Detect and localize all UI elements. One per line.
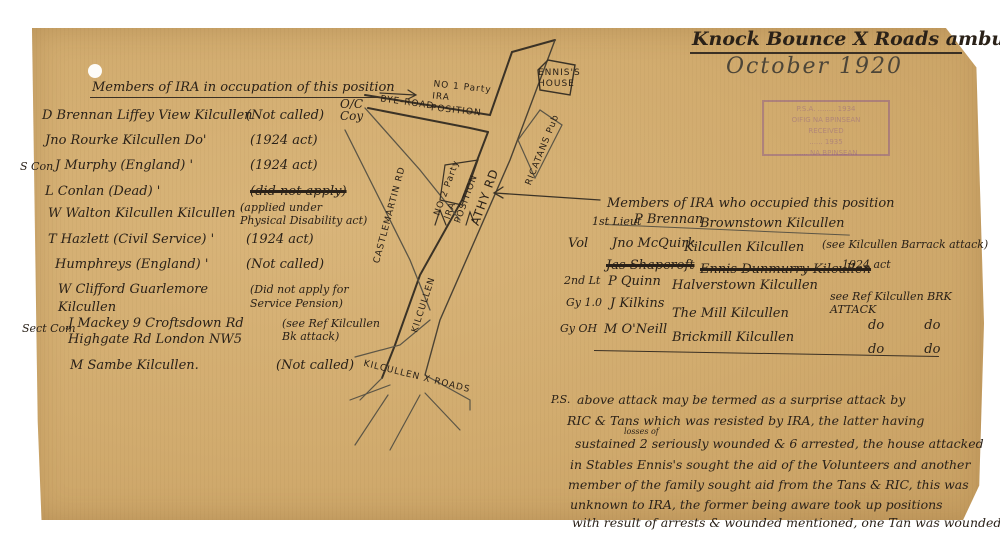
right-row-name: P Brennan	[634, 212, 703, 227]
left-row-note: (1924 act)	[250, 158, 318, 173]
postscript-line: in Stables Ennis's sought the aid of the…	[570, 454, 970, 475]
postscript-label: P.S.	[551, 389, 570, 410]
postscript-line: with result of arrests & wounded mention…	[572, 512, 1000, 533]
right-row-name: M O'Neill	[604, 322, 667, 337]
left-row-note: (applied under Physical Disability act)	[240, 201, 370, 227]
left-row-note: (did not apply)	[250, 184, 347, 199]
left-row-note: (Not called)	[246, 108, 324, 123]
received-stamp: P.S.A. ........ 1934 OIFIG NA BPINSEAN R…	[762, 100, 890, 156]
left-row-note: (Not called)	[276, 358, 354, 373]
left-row-name: J Mackey 9 Croftsdown Rd Highgate Rd Lon…	[68, 316, 278, 348]
left-row-note: (1924 act)	[250, 133, 318, 148]
postscript-line: member of the family sought aid from the…	[568, 474, 969, 495]
left-row-note: (Not called)	[246, 257, 324, 272]
left-header-underline	[90, 97, 380, 98]
right-row-address: Halverstown Kilcullen	[672, 278, 818, 293]
map-label-ennis-house: ENNIS'S HOUSE	[538, 68, 578, 90]
left-row-name: W Clifford Guarlemore Kilcullen	[58, 281, 218, 317]
stamp-line: ...... 1935	[764, 137, 888, 148]
right-row-rank: Gy OH	[560, 322, 597, 335]
stamp-line: ...... NA BPINSEAN	[764, 148, 888, 159]
left-row-note: (Did not apply for Service Pension)	[250, 283, 385, 311]
postscript-line: above attack may be termed as a surprise…	[577, 389, 905, 410]
left-row-name: L Conlan (Dead) '	[45, 184, 160, 199]
right-row-note: see Ref Kilcullen BRK ATTACK	[830, 290, 990, 316]
stamp-line: RECEIVED	[764, 126, 888, 137]
right-row-rank: Gy 1.0	[566, 296, 602, 309]
right-section-header: Members of IRA who occupied this positio…	[607, 196, 895, 211]
left-section-header: Members of IRA in occupation of this pos…	[92, 80, 395, 95]
stamp-line: OIFIG NA BPINSEAN	[764, 115, 888, 126]
right-row-address: The Mill Kilcullen	[672, 306, 789, 321]
document-date: October 1920	[726, 54, 903, 79]
document-title: Knock Bounce X Roads ambush	[692, 28, 1000, 50]
stamp-line: P.S.A. ........ 1934	[764, 104, 888, 115]
right-row-name: J Kilkins	[610, 296, 664, 311]
right-row-rank: Vol	[568, 236, 588, 251]
postscript-line: RIC & Tans which was resisted by IRA, th…	[567, 410, 924, 431]
right-row-address: Ennis Dunmurry Kilcullen	[700, 262, 871, 277]
left-row-note: (1924 act)	[246, 232, 314, 247]
left-row-name: J Murphy (England) '	[55, 158, 193, 173]
left-row-name: W Walton Kilcullen Kilcullen '	[48, 206, 243, 221]
right-row-name: P Quinn	[608, 274, 661, 289]
left-row-name: D Brennan Liffey View Kilcullen	[42, 108, 253, 123]
left-row-name: M Sambe Kilcullen.	[70, 358, 199, 373]
right-row-note: do do	[868, 318, 940, 333]
punch-hole	[88, 64, 102, 78]
left-row-name: Jno Rourke Kilcullen Do'	[45, 133, 206, 148]
right-row-name: Jno McQuirk	[612, 236, 695, 251]
right-row-rank: 2nd Lt	[564, 274, 600, 287]
left-row-note: (see Ref Kilcullen Bk attack)	[282, 317, 392, 343]
postscript-line: sustained 2 seriously wounded & 6 arrest…	[575, 433, 984, 454]
left-row-name: T Hazlett (Civil Service) '	[48, 232, 214, 247]
right-row-address: Kilcullen Kilcullen	[684, 240, 804, 255]
left-row-name: Humphreys (England) '	[55, 257, 208, 272]
left-row-prefix: S Con	[20, 160, 53, 173]
right-row-note: (see Kilcullen Barrack attack)	[822, 238, 988, 251]
right-row-address: Brickmill Kilcullen	[672, 330, 794, 345]
right-row-address: Brownstown Kilcullen	[700, 216, 845, 231]
map-label-oc-coy: O/C Coy	[340, 98, 364, 122]
map-label-no1-party: NO 1 Party IRA POSITION	[430, 78, 503, 121]
